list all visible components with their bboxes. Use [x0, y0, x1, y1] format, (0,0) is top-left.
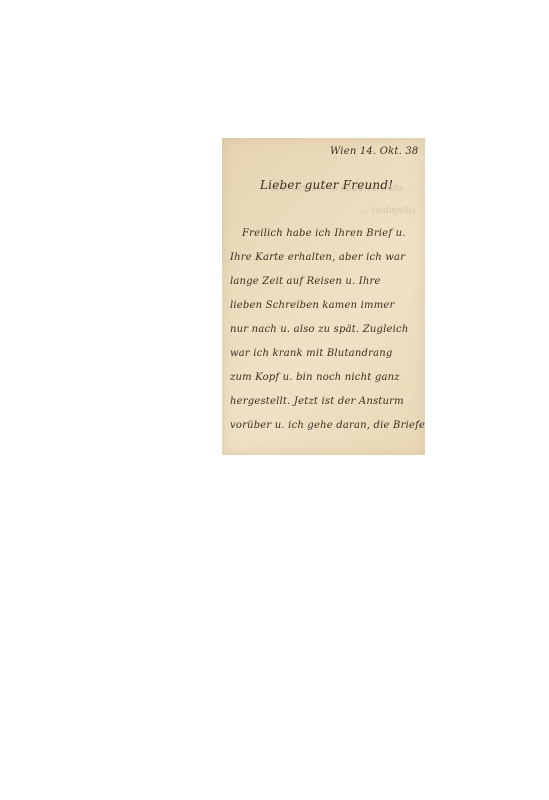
date-line: Wien 14. Okt. 38	[330, 146, 418, 157]
letter-page: … show-through of reverse side (illegibl…	[222, 138, 425, 455]
body-line: war ich krank mit Blutandrang	[230, 348, 392, 359]
body-line: lieben Schreiben kamen immer	[230, 300, 394, 311]
body-line: zum Kopf u. bin noch nicht ganz	[230, 372, 400, 383]
salutation: Lieber guter Freund!	[260, 178, 393, 192]
body-line: Freilich habe ich Ihren Brief u.	[242, 228, 406, 239]
body-line: vorüber u. ich gehe daran, die Briefe	[230, 420, 425, 431]
body-line: lange Zeit auf Reisen u. Ihre	[230, 276, 381, 287]
body-line: hergestellt. Jetzt ist der Ansturm	[230, 396, 404, 407]
body-line: Ihre Karte erhalten, aber ich war	[230, 252, 405, 263]
body-line: nur nach u. also zu spät. Zugleich	[230, 324, 408, 335]
